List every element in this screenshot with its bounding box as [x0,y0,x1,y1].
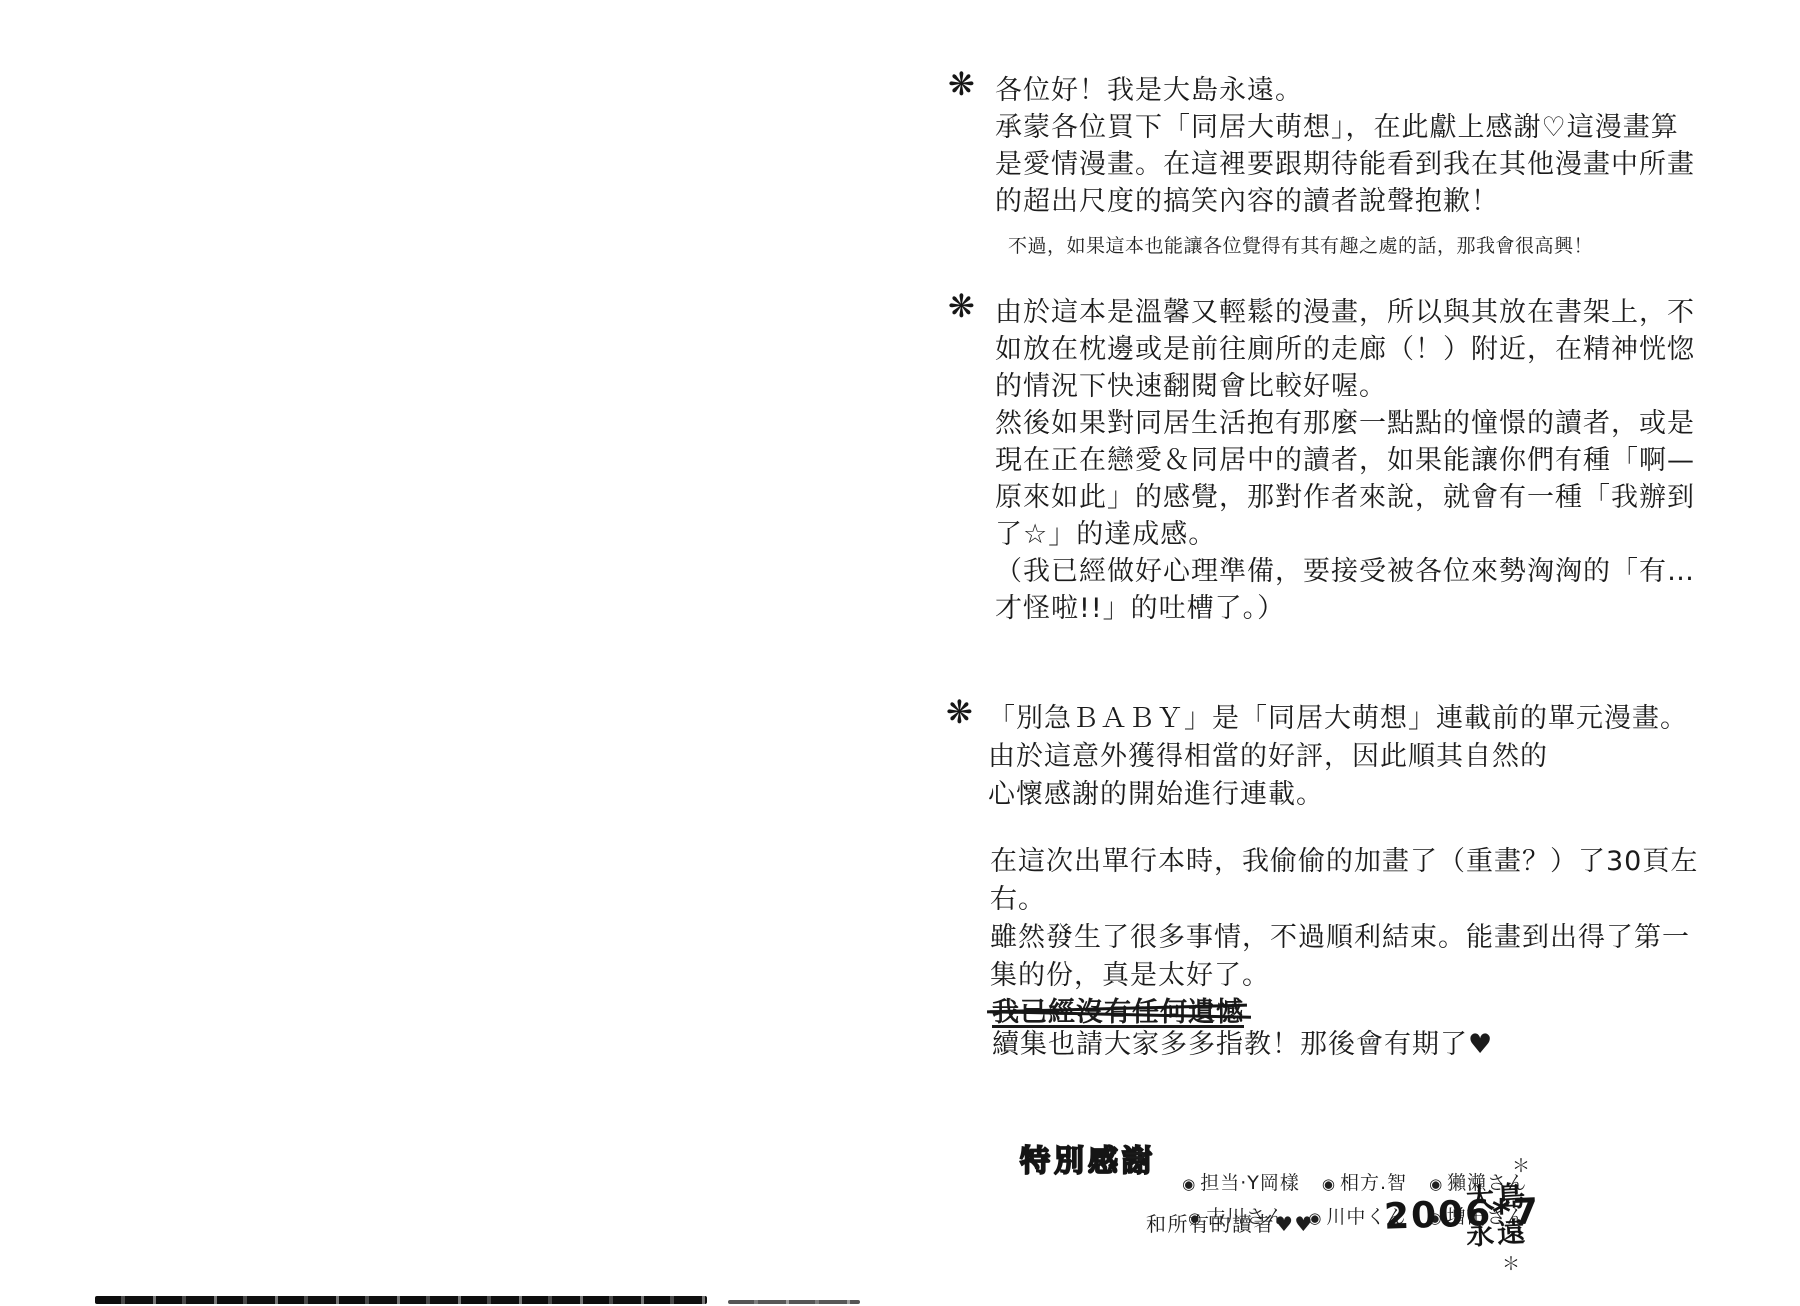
text-line: 承蒙各位買下「同居大萌想」，在此獻上感謝♡這漫畫算 [995,109,1695,146]
text-line: 「別急ＢＡＢＹ」是「同居大萌想」連載前的單元漫畫。 [988,700,1688,738]
scanned-manga-afterword-page: ❋ 各位好！我是大島永遠。 承蒙各位買下「同居大萌想」，在此獻上感謝♡這漫畫算 … [0,0,1800,1306]
text-line: 然後如果對同居生活抱有那麼一點點的憧憬的讀者，或是 [995,405,1695,442]
text-line: 由於這意外獲得相當的好評，因此順其自然的 [988,738,1688,776]
text-line: 現在正在戀愛＆同居中的讀者，如果能讓你們有種「啊— [995,442,1695,479]
reading-advice-block: 由於這本是溫馨又輕鬆的漫畫，所以與其放在書架上，不 如放在枕邊或是前往廁所的走廊… [995,294,1695,627]
scan-artifact-strip [728,1300,860,1304]
text-line: 在這次出單行本時，我偷偷的加畫了（重畫？）了30頁左 [990,843,1698,881]
serialization-block: 「別急ＢＡＢＹ」是「同居大萌想」連載前的單元漫畫。 由於這意外獲得相當的好評，因… [988,700,1688,814]
signature-star-icon: ＊ [1502,1250,1520,1276]
text-line: 如放在枕邊或是前往廁所的走廊（！）附近，在精神恍惚 [995,331,1695,368]
flower-bullet-icon: ❋ [946,696,973,728]
flower-bullet-icon: ❋ [948,68,975,100]
text-line: 各位好！我是大島永遠。 [995,72,1695,109]
scan-artifact-strip [95,1296,707,1304]
text-line: 右。 [990,881,1698,919]
thanks-readers-line: 和所有的讀者♥♥ [1146,1208,1314,1237]
closing-line: 續集也請大家多多指教！那後會有期了♥ [992,1026,1493,1064]
text-line: （我已經做好心理準備，要接受被各位來勢洶洶的「有… [995,553,1695,590]
text-line: 的情況下快速翻閱會比較好喔。 [995,368,1695,405]
text-line: 才怪啦!!」的吐槽了。） [995,590,1695,627]
small-note: 不過，如果這本也能讓各位覺得有其有趣之處的話，那我會很高興！ [1008,231,1593,258]
greeting-block: 各位好！我是大島永遠。 承蒙各位買下「同居大萌想」，在此獻上感謝♡這漫畫算 是愛… [995,72,1695,220]
arrow-right-icon: ⇒ [1124,1140,1147,1171]
text-line: 是愛情漫畫。在這裡要跟期待能看到我在其他漫畫中所畫 [995,146,1695,183]
text-line: 雖然發生了很多事情，不過順利結束。能畫到出得了第一 [990,919,1698,957]
text-line: 的超出尺度的搞笑內容的讀者說聲抱歉！ [995,183,1695,220]
struck-text: 我已經沒有任何遺憾 [992,990,1244,1029]
text-line: 由於這本是溫馨又輕鬆的漫畫，所以與其放在書架上，不 [995,294,1695,331]
strikethrough-line: 我已經沒有任何遺憾 [992,990,1244,1029]
text-line: 了☆」的達成感。 [995,516,1695,553]
text-line: 心懷感謝的開始進行連載。 [988,776,1688,814]
signature-name-line2: 永遠 [1465,1210,1529,1253]
text-line: 原來如此」的感覺，那對作者來說，就會有一種「我辦到 [995,479,1695,516]
flower-bullet-icon: ❋ [948,290,975,322]
tankobon-paragraph: 在這次出單行本時，我偷偷的加畫了（重畫？）了30頁左 右。 雖然發生了很多事情，… [990,843,1698,995]
